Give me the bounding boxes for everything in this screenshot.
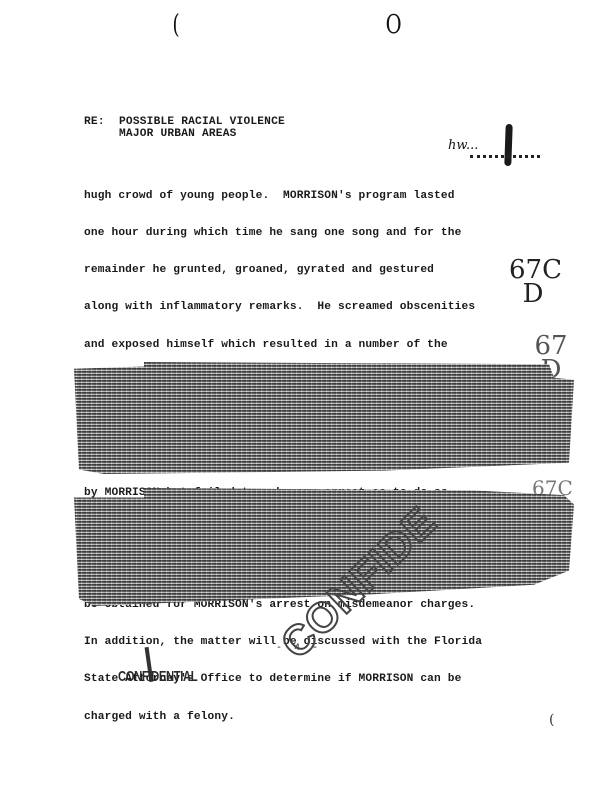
handwritten-initials: hw...: [448, 138, 478, 153]
confidential-stamp-small: CONFIDENTIAL: [118, 668, 197, 685]
body-line: hugh crowd of young people. MORRISON's p…: [84, 190, 514, 202]
body-line: along with inflammatory remarks. He scre…: [84, 301, 514, 313]
corner-mark: (: [549, 712, 554, 728]
body-line: and exposed himself which resulted in a …: [84, 339, 514, 351]
body-line: one hour during which time he sang one s…: [84, 227, 514, 239]
subject-heading: RE:POSSIBLE RACIAL VIOLENCE MAJOR URBAN …: [84, 116, 285, 140]
margin-mark-right: O: [386, 12, 402, 38]
handwritten-stroke: [504, 124, 512, 166]
body-line: remainder he grunted, groaned, gyrated a…: [84, 264, 514, 276]
subject-title: POSSIBLE RACIAL VIOLENCE: [119, 116, 285, 128]
subject-line-1: RE:POSSIBLE RACIAL VIOLENCE: [84, 116, 285, 128]
handwritten-dash: [470, 155, 540, 158]
margin-mark-left: (: [173, 12, 180, 38]
exemption-mark-1: 67C D: [509, 258, 557, 306]
subject-line-2: MAJOR URBAN AREAS: [84, 128, 285, 140]
subject-label: RE:: [84, 116, 119, 128]
redaction-block-1: [74, 362, 574, 474]
body-line: charged with a felony.: [84, 711, 514, 723]
